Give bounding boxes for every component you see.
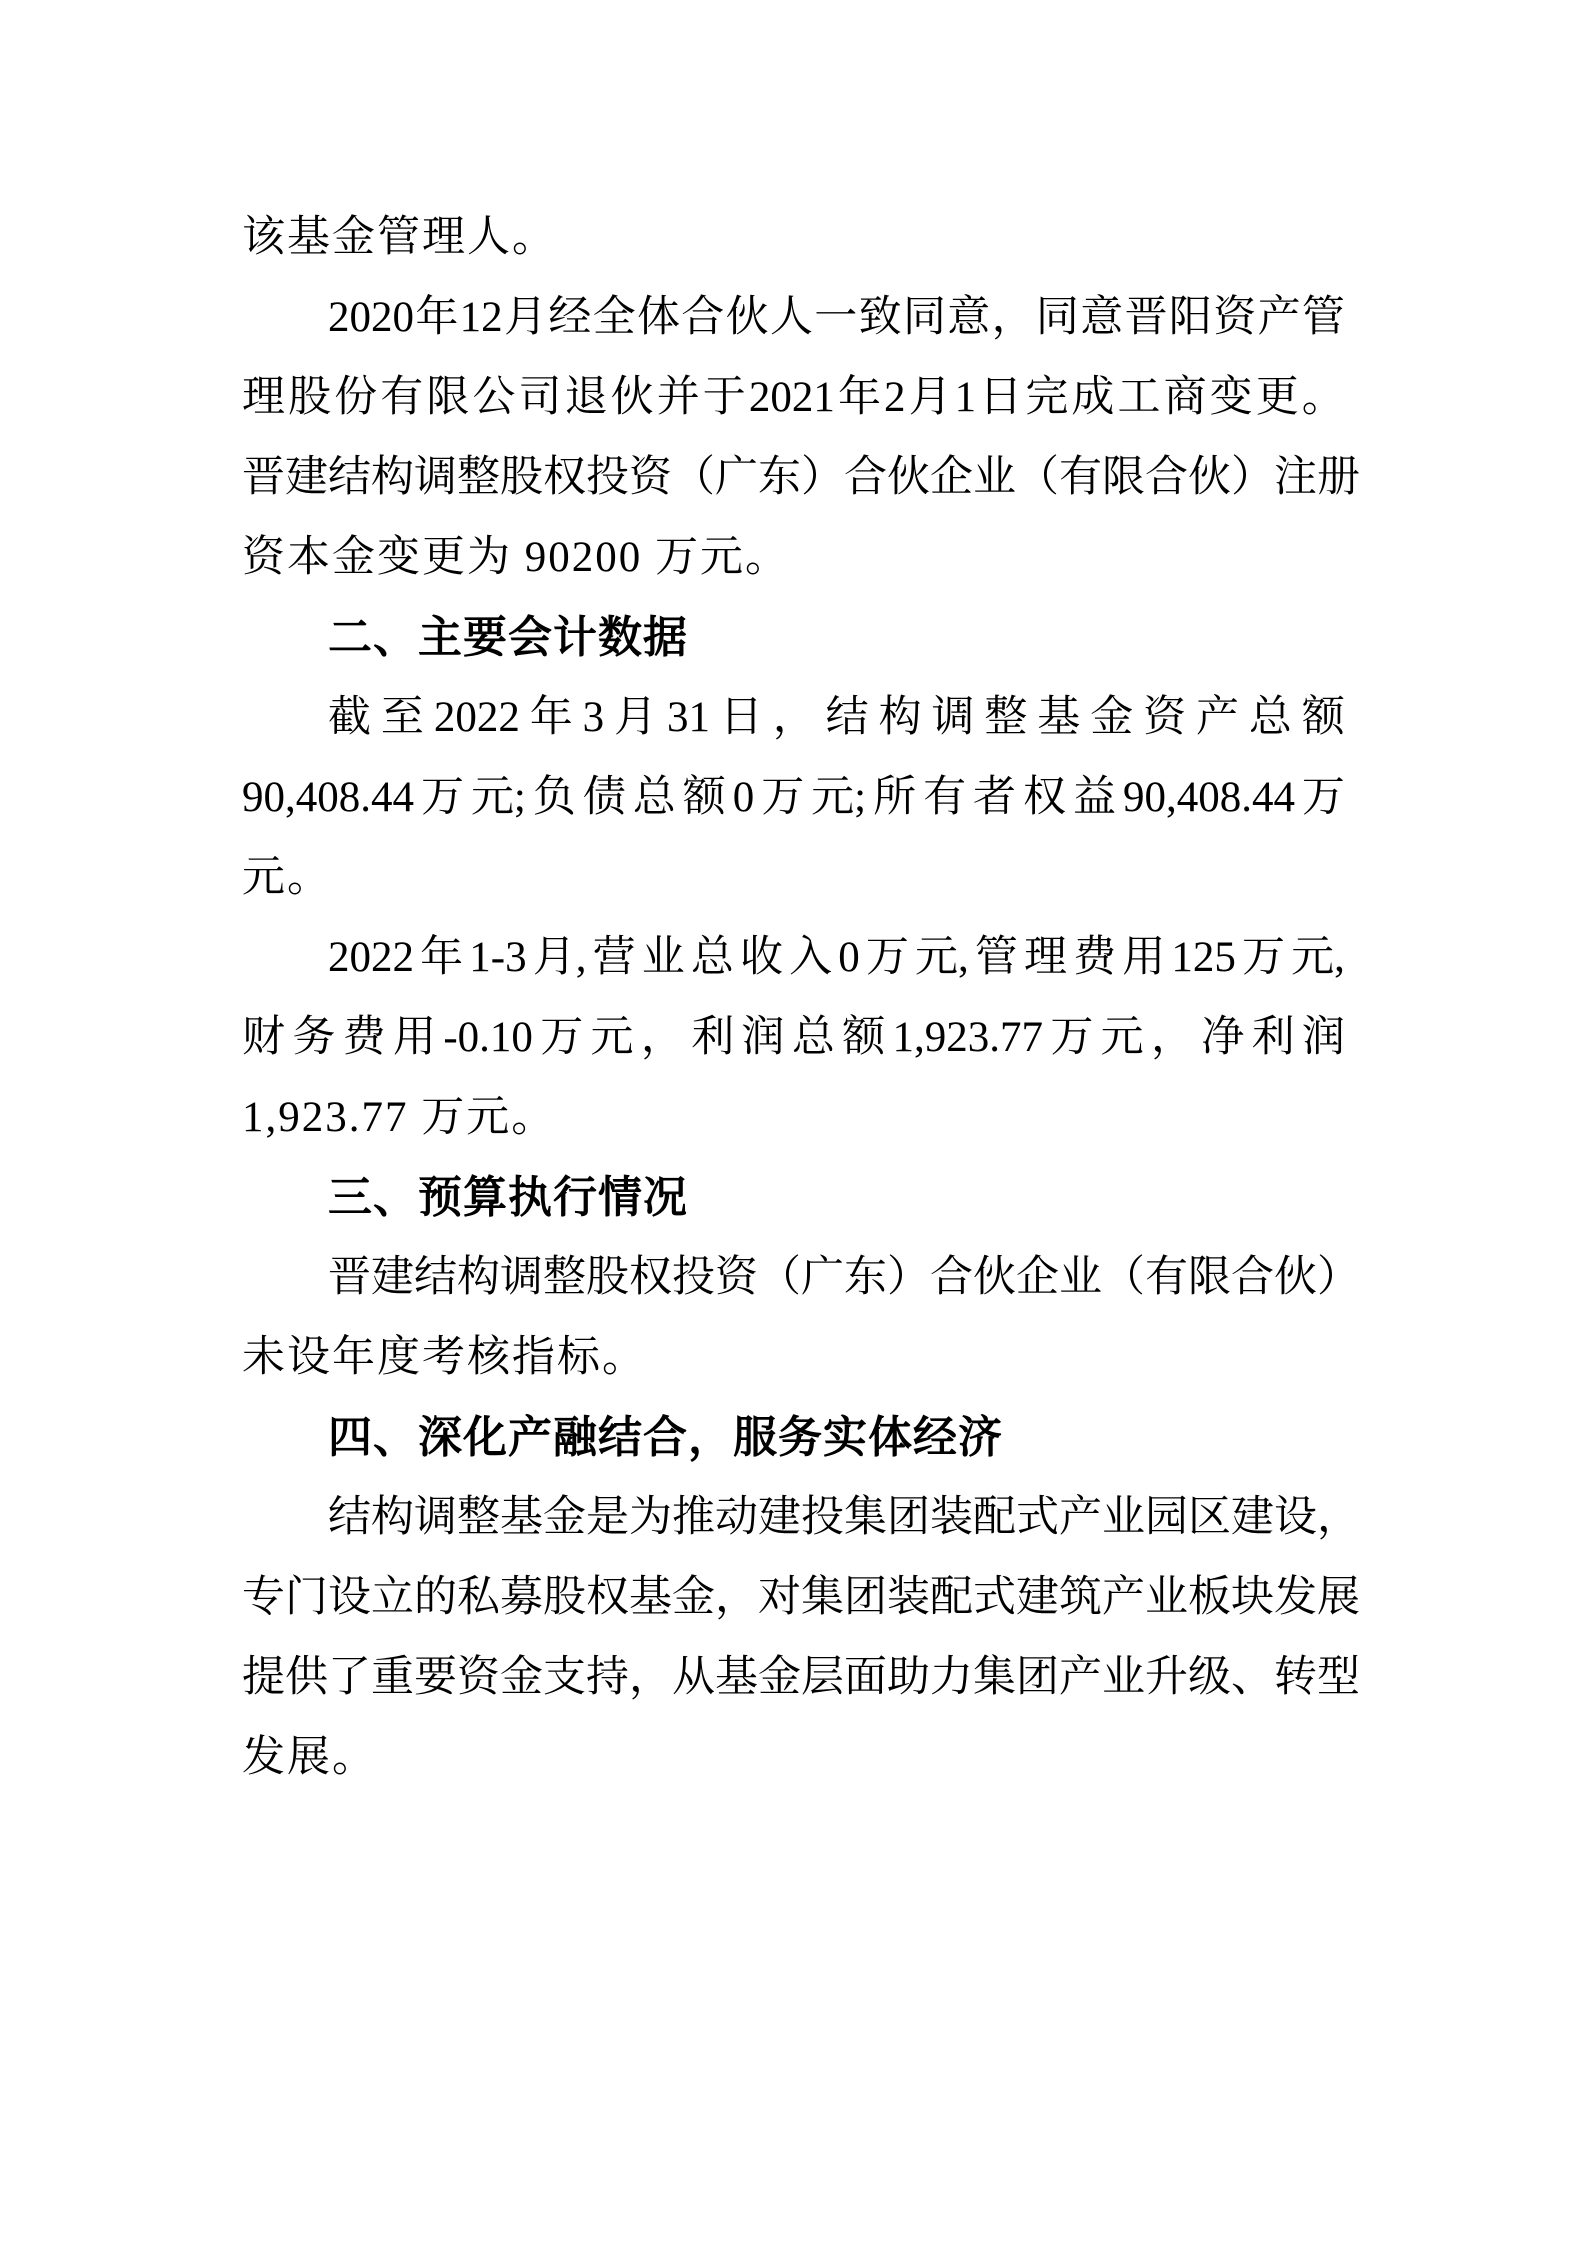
text-token: 益 — [1073, 758, 1116, 838]
text-token: 配 — [930, 1558, 973, 1638]
text-token: 产 — [1102, 1558, 1145, 1638]
text-token: 私 — [457, 1558, 500, 1638]
text-token: 并 — [657, 358, 700, 438]
text-token: 元 — [591, 998, 634, 1078]
text-token: 从 — [672, 1638, 715, 1718]
text-token: 同 — [1036, 278, 1079, 358]
body-line: 1,923.77 万元。 — [242, 1078, 1345, 1158]
text-token: 整 — [543, 1238, 586, 1318]
text-token: 构 — [457, 1238, 500, 1318]
text-token: 集 — [973, 1638, 1016, 1718]
text-token: 伙 — [1274, 1238, 1317, 1318]
text-token: （ — [758, 1238, 801, 1318]
text-token: 截 — [328, 678, 371, 758]
text-token: ， — [629, 1638, 672, 1718]
text-token: 金 — [1090, 678, 1133, 758]
text-token: 为 — [629, 1478, 672, 1558]
text-token: 支 — [543, 1638, 586, 1718]
text-token: 构 — [371, 1478, 414, 1558]
text-token: 股 — [586, 1238, 629, 1318]
text-token: 晋 — [328, 1238, 371, 1318]
text-token: 意 — [1080, 278, 1123, 358]
text-token: 权 — [1023, 758, 1066, 838]
text-token: 产 — [1059, 1478, 1102, 1558]
text-token: 广 — [801, 1238, 844, 1318]
text-token: 东 — [844, 1238, 887, 1318]
text-token: ） — [1317, 1238, 1360, 1318]
text-token: 、 — [1231, 1638, 1274, 1718]
text-token: 额 — [1302, 678, 1345, 758]
text-token: 资 — [1143, 678, 1186, 758]
text-token: 限 — [1102, 438, 1145, 518]
body-line: 90,408.44万元;负债总额0万元;所有者权益90,408.44万 — [242, 758, 1345, 838]
text-token: 晋 — [242, 438, 285, 518]
body-line: 元。 — [242, 838, 1345, 918]
text-token: 建 — [371, 1238, 414, 1318]
text-token: 额 — [683, 758, 726, 838]
body-line: 专门设立的私募股权基金，对集团装配式建筑产业板块发展 — [242, 1558, 1345, 1638]
text-token: 90,408.44 — [242, 758, 414, 838]
text-token: 月 — [909, 358, 952, 438]
text-token: 型 — [1317, 1638, 1360, 1718]
text-token: 年 — [420, 918, 463, 998]
text-token: 总 — [1249, 678, 1292, 758]
text-token: 注 — [1274, 438, 1317, 518]
text-token: 合 — [681, 278, 724, 358]
text-token: 总 — [691, 918, 734, 998]
text-token: 总 — [633, 758, 676, 838]
text-token: 企 — [930, 438, 973, 518]
text-token: 润 — [742, 998, 785, 1078]
text-token: 1 — [955, 358, 977, 438]
text-token: 2022 — [328, 918, 414, 998]
text-token: 者 — [973, 758, 1016, 838]
text-token: 团 — [844, 1558, 887, 1638]
text-token: 2022 — [434, 678, 520, 758]
text-token: 调 — [414, 1478, 457, 1558]
text-token: 集 — [801, 1558, 844, 1638]
text-token: 产 — [1196, 678, 1239, 758]
text-token: 基 — [715, 1638, 758, 1718]
text-token: 权 — [586, 1558, 629, 1638]
text-token: 调 — [500, 1238, 543, 1318]
text-token: 万 — [421, 758, 464, 838]
text-token: 净 — [1201, 998, 1244, 1078]
text-token: 建 — [758, 1478, 801, 1558]
text-token: ） — [887, 1238, 930, 1318]
text-token: 业 — [1059, 1238, 1102, 1318]
text-token: 册 — [1317, 438, 1360, 518]
text-token: 份 — [334, 358, 377, 438]
text-token: 至 — [381, 678, 424, 758]
text-token: 司 — [518, 358, 561, 438]
text-token: 发 — [1274, 1558, 1317, 1638]
text-token: 股 — [288, 358, 331, 438]
text-token: 。 — [1302, 358, 1345, 438]
text-token: 基 — [1037, 678, 1080, 758]
text-token: 退 — [565, 358, 608, 438]
text-token: 动 — [715, 1478, 758, 1558]
text-token: 设 — [1274, 1478, 1317, 1558]
text-token: 财 — [242, 998, 285, 1078]
text-token: 式 — [1016, 1478, 1059, 1558]
text-token: 金 — [500, 1638, 543, 1718]
text-token: 3 — [583, 678, 605, 758]
text-token: 建 — [1231, 1478, 1274, 1558]
text-token: 年 — [415, 278, 458, 358]
text-token: 合 — [930, 1238, 973, 1318]
text-token: 团 — [1016, 1638, 1059, 1718]
text-token: 持 — [586, 1638, 629, 1718]
text-token: 结 — [328, 1478, 371, 1558]
text-token: 同 — [903, 278, 946, 358]
text-token: 供 — [285, 1638, 328, 1718]
text-token: ） — [1231, 438, 1274, 518]
text-token: 投 — [672, 1238, 715, 1318]
text-token: 股 — [543, 1558, 586, 1638]
text-token: 整 — [984, 678, 1027, 758]
text-token: 块 — [1231, 1558, 1274, 1638]
text-token: 元; — [811, 758, 866, 838]
body-line: 提供了重要资金支持，从基金层面助力集团产业升级、转型 — [242, 1638, 1345, 1718]
text-token: 有 — [923, 758, 966, 838]
text-token: 募 — [500, 1558, 543, 1638]
text-token: 人 — [770, 278, 813, 358]
text-token: 式 — [973, 1558, 1016, 1638]
text-token: 125 — [1171, 918, 1236, 998]
text-token: 提 — [242, 1638, 285, 1718]
text-token: 元, — [915, 918, 969, 998]
text-token: 了 — [328, 1638, 371, 1718]
text-token: 额 — [842, 998, 885, 1078]
body-line: 发展。 — [242, 1718, 1345, 1798]
text-token: 有 — [380, 358, 423, 438]
body-line: 2020年12月经全体合伙人一致同意，同意晋阳资产管 — [242, 278, 1345, 358]
text-token: 阳 — [1169, 278, 1212, 358]
text-token: 结 — [826, 678, 869, 758]
text-token: 用 — [393, 998, 436, 1078]
text-token: 限 — [1188, 1238, 1231, 1318]
text-token: 万 — [1302, 758, 1345, 838]
text-token: 费 — [343, 998, 386, 1078]
text-token: 90,408.44 — [1123, 758, 1295, 838]
text-token: 板 — [1188, 1558, 1231, 1638]
text-token: 基 — [629, 1558, 672, 1638]
text-token: 资 — [457, 1638, 500, 1718]
text-token: 元, — [1291, 918, 1345, 998]
text-token: 广 — [715, 438, 758, 518]
text-token: 费 — [1073, 918, 1116, 998]
text-token: 门 — [285, 1558, 328, 1638]
text-token: 投 — [801, 1478, 844, 1558]
text-token: 商 — [1164, 358, 1207, 438]
text-token: 是 — [586, 1478, 629, 1558]
text-token: 成 — [1071, 358, 1114, 438]
text-token: -0.10 — [443, 998, 533, 1078]
text-token: 利 — [691, 998, 734, 1078]
text-token: 助 — [887, 1638, 930, 1718]
text-token: 更 — [1256, 358, 1299, 438]
text-token: 整 — [457, 1478, 500, 1558]
text-token: 级 — [1188, 1638, 1231, 1718]
text-token: 意 — [947, 278, 990, 358]
text-token: 层 — [801, 1638, 844, 1718]
text-token: 业 — [973, 438, 1016, 518]
text-token: 资 — [629, 438, 672, 518]
text-token: 构 — [879, 678, 922, 758]
text-token: 整 — [457, 438, 500, 518]
text-token: 变 — [1210, 358, 1253, 438]
text-token: 专 — [242, 1558, 285, 1638]
body-line: 截至2022年3月31日，结构调整基金资产总额 — [242, 678, 1345, 758]
text-token: 月 — [614, 678, 657, 758]
text-token: 用 — [1122, 918, 1165, 998]
body-line: 未设年度考核指标。 — [242, 1318, 1345, 1398]
text-token: 展 — [1317, 1558, 1360, 1638]
text-token: 对 — [758, 1558, 801, 1638]
text-token: 公 — [472, 358, 515, 438]
text-token: 0 — [733, 758, 755, 838]
text-token: ， — [1317, 1478, 1360, 1558]
text-token: 合 — [1145, 438, 1188, 518]
text-token: 合 — [844, 438, 887, 518]
text-token: 万 — [761, 758, 804, 838]
text-token: 理 — [1024, 918, 1067, 998]
text-token: 的 — [414, 1558, 457, 1638]
text-token: 企 — [1016, 1238, 1059, 1318]
text-token: 月, — [533, 918, 587, 998]
text-token: 1-3 — [469, 918, 526, 998]
text-token: （ — [1102, 1238, 1145, 1318]
text-token: 产 — [1059, 1638, 1102, 1718]
text-token: 伙 — [611, 358, 654, 438]
section-heading: 三、预算执行情况 — [242, 1158, 1345, 1238]
text-token: 设 — [328, 1558, 371, 1638]
text-token: 园 — [1145, 1478, 1188, 1558]
text-token: 投 — [586, 438, 629, 518]
text-token: 装 — [930, 1478, 973, 1558]
document-page: 该基金管理人。2020年12月经全体合伙人一致同意，同意晋阳资产管理股份有限公司… — [0, 0, 1587, 2245]
body-line: 财务费用-0.10万元，利润总额1,923.77万元，净利润 — [242, 998, 1345, 1078]
text-token: 装 — [887, 1558, 930, 1638]
text-token: ， — [1151, 998, 1194, 1078]
text-token: ， — [773, 678, 816, 758]
text-token: 建 — [1016, 1558, 1059, 1638]
text-token: 伙 — [1188, 438, 1231, 518]
text-token: 配 — [973, 1478, 1016, 1558]
text-token: 经 — [548, 278, 591, 358]
text-token: 负 — [533, 758, 576, 838]
text-token: 2021 — [749, 358, 835, 438]
text-token: 金 — [543, 1478, 586, 1558]
body-line: 结构调整基金是为推动建投集团装配式产业园区建设， — [242, 1478, 1345, 1558]
text-token: 营 — [593, 918, 636, 998]
text-token: 业 — [1102, 1638, 1145, 1718]
text-token: 业 — [1145, 1558, 1188, 1638]
text-token: 转 — [1274, 1638, 1317, 1718]
text-token: 体 — [637, 278, 680, 358]
text-token: 股 — [500, 438, 543, 518]
text-token: 31 — [667, 678, 710, 758]
section-heading: 四、深化产融结合，服务实体经济 — [242, 1398, 1345, 1478]
text-token: 晋 — [1125, 278, 1168, 358]
text-token: 资 — [715, 1238, 758, 1318]
text-token: 致 — [859, 278, 902, 358]
text-token: 12 — [460, 278, 503, 358]
text-token: 2 — [884, 358, 906, 438]
text-token: （ — [672, 438, 715, 518]
text-token: ， — [715, 1558, 758, 1638]
text-token: ） — [801, 438, 844, 518]
text-token: （ — [1016, 438, 1059, 518]
text-token: 推 — [672, 1478, 715, 1558]
text-token: 团 — [887, 1478, 930, 1558]
text-token: 产 — [1258, 278, 1301, 358]
section-heading: 二、主要会计数据 — [242, 598, 1345, 678]
text-token: 区 — [1188, 1478, 1231, 1558]
text-token: 完 — [1025, 358, 1068, 438]
text-token: 筑 — [1059, 1558, 1102, 1638]
document-body: 该基金管理人。2020年12月经全体合伙人一致同意，同意晋阳资产管理股份有限公司… — [242, 198, 1345, 1798]
text-token: 建 — [285, 438, 328, 518]
text-token: ， — [992, 278, 1035, 358]
text-token: 结 — [328, 438, 371, 518]
text-token: 管 — [1302, 278, 1345, 358]
body-line: 资本金变更为 90200 万元。 — [242, 518, 1345, 598]
text-token: 月 — [504, 278, 547, 358]
text-token: 伙 — [887, 438, 930, 518]
text-token: 伙 — [726, 278, 769, 358]
text-token: 万 — [866, 918, 909, 998]
text-token: 限 — [426, 358, 469, 438]
text-token: 入 — [789, 918, 832, 998]
text-token: 万 — [540, 998, 583, 1078]
text-token: 东 — [758, 438, 801, 518]
text-token: 日 — [720, 678, 763, 758]
text-token: 金 — [758, 1638, 801, 1718]
text-token: 伙 — [973, 1238, 1016, 1318]
text-token: 润 — [1302, 998, 1345, 1078]
text-token: 基 — [500, 1478, 543, 1558]
body-line: 晋建结构调整股权投资（广东）合伙企业（有限合伙） — [242, 1238, 1345, 1318]
text-token: 升 — [1145, 1638, 1188, 1718]
body-line: 2022年1-3月,营业总收入0万元,管理费用125万元, — [242, 918, 1345, 998]
text-token: 元 — [1101, 998, 1144, 1078]
text-token: 年 — [838, 358, 881, 438]
text-token: 理 — [242, 358, 285, 438]
text-token: 1,923.77 — [893, 998, 1044, 1078]
text-token: 业 — [642, 918, 685, 998]
text-token: 总 — [792, 998, 835, 1078]
text-token: 构 — [371, 438, 414, 518]
text-token: 集 — [844, 1478, 887, 1558]
text-token: 有 — [1059, 438, 1102, 518]
text-token: 年 — [530, 678, 573, 758]
text-token: 资 — [1213, 278, 1256, 358]
text-token: 债 — [583, 758, 626, 838]
text-token: 力 — [930, 1638, 973, 1718]
text-token: 工 — [1117, 358, 1160, 438]
text-token: 有 — [1145, 1238, 1188, 1318]
text-token: 万 — [1242, 918, 1285, 998]
text-token: 调 — [931, 678, 974, 758]
text-token: 管 — [975, 918, 1018, 998]
text-token: 收 — [740, 918, 783, 998]
text-token: 业 — [1102, 1478, 1145, 1558]
body-line: 晋建结构调整股权投资（广东）合伙企业（有限合伙）注册 — [242, 438, 1345, 518]
text-token: 0 — [838, 918, 860, 998]
text-token: 万 — [1050, 998, 1093, 1078]
text-token: 一 — [814, 278, 857, 358]
text-token: 务 — [292, 998, 335, 1078]
text-token: 调 — [414, 438, 457, 518]
text-token: 于 — [703, 358, 746, 438]
text-token: ， — [641, 998, 684, 1078]
body-line: 理股份有限公司退伙并于2021年2月1日完成工商变更。 — [242, 358, 1345, 438]
text-token: 重 — [371, 1638, 414, 1718]
text-token: 日 — [979, 358, 1022, 438]
text-token: 面 — [844, 1638, 887, 1718]
text-token: 结 — [414, 1238, 457, 1318]
text-token: 要 — [414, 1638, 457, 1718]
text-token: 元; — [471, 758, 526, 838]
text-token: 权 — [543, 438, 586, 518]
text-token: 2020 — [328, 278, 414, 358]
text-token: 权 — [629, 1238, 672, 1318]
body-line: 该基金管理人。 — [242, 198, 1345, 278]
text-token: 利 — [1252, 998, 1295, 1078]
text-token: 所 — [873, 758, 916, 838]
text-token: 全 — [593, 278, 636, 358]
text-token: 合 — [1231, 1238, 1274, 1318]
text-token: 金 — [672, 1558, 715, 1638]
text-token: 立 — [371, 1558, 414, 1638]
